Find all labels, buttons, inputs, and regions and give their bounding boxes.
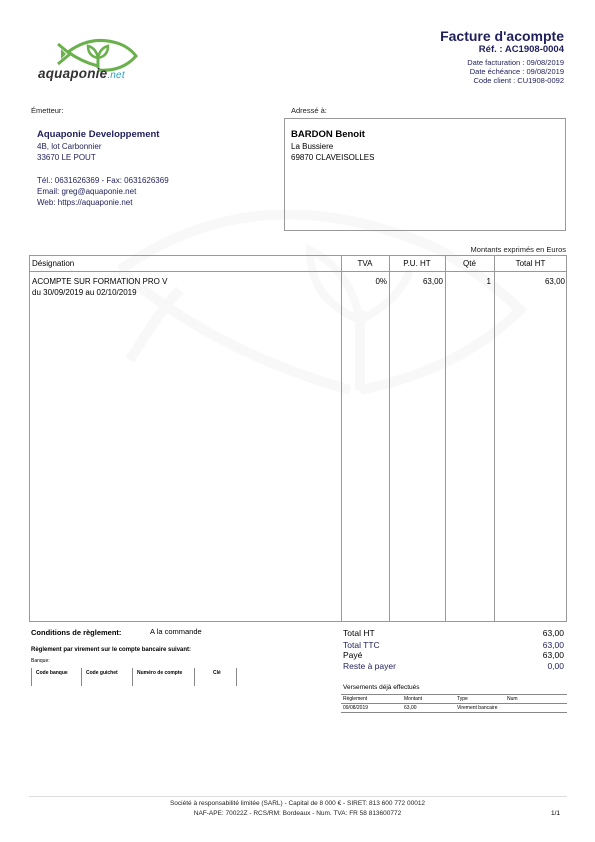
item-designation: ACOMPTE SUR FORMATION PRO V bbox=[32, 276, 167, 287]
page-number: 1/1 bbox=[551, 810, 560, 817]
column-divider bbox=[341, 256, 342, 621]
bank-col-divider bbox=[236, 668, 237, 686]
logo-wordmark: aquaponie.net bbox=[38, 66, 125, 81]
column-divider bbox=[494, 256, 495, 621]
item-qty: 1 bbox=[445, 276, 491, 287]
payments-table: Règlement Montant Type Num 09/08/2019 63… bbox=[341, 694, 567, 713]
item-tva: 0% bbox=[341, 276, 387, 287]
conditions-label: Conditions de règlement: bbox=[31, 628, 121, 637]
bank-sublabel: Banque: bbox=[31, 658, 50, 664]
payments-title: Versements déjà effectués bbox=[343, 684, 419, 691]
total-ht-value: 63,00 bbox=[543, 628, 564, 638]
payment-row: 09/08/2019 63,00 Virement bancaire bbox=[341, 704, 567, 713]
payment-date: 09/08/2019 bbox=[343, 705, 368, 711]
total-ht-label: Total HT bbox=[343, 628, 375, 638]
payments-col-reglement: Règlement bbox=[343, 696, 367, 702]
logo-name: aquaponie bbox=[38, 66, 107, 81]
bank-transfer-label: Règlement par virement sur le compte ban… bbox=[31, 647, 191, 653]
col-header-tva: TVA bbox=[341, 259, 389, 268]
total-ttc-label: Total TTC bbox=[343, 640, 380, 650]
sender-label: Émetteur: bbox=[31, 106, 64, 115]
sender-address-2: 33670 LE POUT bbox=[37, 152, 96, 163]
document-title: Facture d'acompte bbox=[440, 28, 564, 44]
footer-legal-2: NAF-APE: 70022Z - RCS/RM: Bordeaux - Num… bbox=[0, 810, 595, 817]
payments-col-num: Num bbox=[507, 696, 518, 702]
col-header-qty: Qté bbox=[445, 259, 494, 268]
document-ref: Réf. : AC1908-0004 bbox=[479, 44, 564, 55]
remaining-label: Reste à payer bbox=[343, 661, 396, 671]
date-facturation: Date facturation : 09/08/2019 bbox=[467, 58, 564, 67]
remaining-value: 0,00 bbox=[547, 661, 564, 671]
col-header-total-ht: Total HT bbox=[494, 259, 567, 268]
recipient-name: BARDON Benoit bbox=[291, 129, 365, 140]
sender-phone: Tél.: 0631626369 - Fax: 0631626369 bbox=[37, 175, 169, 186]
col-header-designation: Désignation bbox=[32, 259, 74, 268]
payment-type: Virement bancaire bbox=[457, 705, 498, 711]
sender-web: Web: https://aquaponie.net bbox=[37, 197, 132, 208]
column-divider bbox=[389, 256, 390, 621]
bank-col-code-banque: Code banque bbox=[31, 668, 81, 686]
recipient-address-1: La Bussiere bbox=[291, 141, 333, 152]
paid-value: 63,00 bbox=[543, 650, 564, 660]
col-header-pu-ht: P.U. HT bbox=[389, 259, 445, 268]
items-table: Désignation TVA P.U. HT Qté Total HT ACO… bbox=[29, 255, 567, 622]
item-total-ht: 63,00 bbox=[494, 276, 565, 287]
recipient-label: Adressé à: bbox=[291, 106, 327, 115]
item-pu-ht: 63,00 bbox=[389, 276, 443, 287]
bank-col-code-guichet: Code guichet bbox=[81, 668, 132, 686]
conditions-value: A la commande bbox=[150, 627, 202, 636]
bank-col-numero-compte: Numéro de compte bbox=[132, 668, 194, 686]
footer-divider bbox=[29, 796, 567, 797]
sender-email: Email: greg@aquaponie.net bbox=[37, 186, 136, 197]
payments-header-row: Règlement Montant Type Num bbox=[341, 694, 567, 704]
column-divider bbox=[445, 256, 446, 621]
payments-col-type: Type bbox=[457, 696, 468, 702]
sender-name: Aquaponie Developpement bbox=[37, 129, 159, 140]
recipient-address-2: 69870 CLAVEISOLLES bbox=[291, 152, 374, 163]
currency-note: Montants exprimés en Euros bbox=[471, 245, 566, 254]
item-detail: du 30/09/2019 au 02/10/2019 bbox=[32, 287, 137, 298]
paid-label: Payé bbox=[343, 650, 362, 660]
footer-legal-1: Société à responsabilité limitée (SARL) … bbox=[0, 800, 595, 807]
payment-amount: 63,00 bbox=[404, 705, 417, 711]
bank-col-cle: Clé bbox=[194, 668, 236, 686]
total-ttc-value: 63,00 bbox=[543, 640, 564, 650]
header-divider bbox=[30, 271, 566, 272]
code-client: Code client : CU1908-0092 bbox=[474, 76, 564, 85]
payments-col-montant: Montant bbox=[404, 696, 422, 702]
date-echeance: Date échéance : 09/08/2019 bbox=[470, 67, 564, 76]
logo-tld: .net bbox=[107, 70, 124, 81]
sender-address-1: 4B, lot Carbonnier bbox=[37, 141, 101, 152]
